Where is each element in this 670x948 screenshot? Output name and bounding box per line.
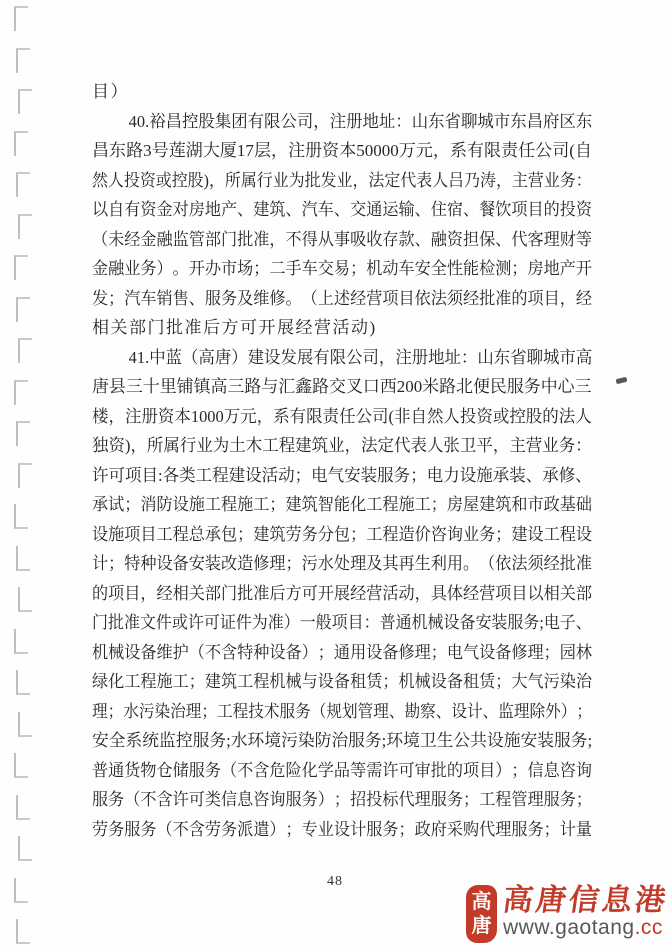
text-line: 门批准文件或许可证件为准）一般项目：普通机械设备安装服务;电子、 <box>92 608 562 638</box>
binding-mark <box>18 587 32 612</box>
binding-mark <box>16 297 30 322</box>
text-line: （未经金融监管部门批准，不得从事吸收存款、融资担保、代客理财等 <box>92 225 566 255</box>
text-line: 金融业务）。开办市场；二手车交易；机动车安全性能检测；房地产开 <box>92 254 566 284</box>
text-line: 40.裕昌控股集团有限公司，注册地址：山东省聊城市东昌府区东 <box>92 107 575 137</box>
watermark-url-tld: .cc <box>635 916 663 939</box>
binding-mark <box>18 89 32 114</box>
text-line: 劳务服务（不含劳务派遣）；专业设计服务；政府采购代理服务；计量 <box>92 815 566 845</box>
text-line: 41.中蓝（高唐）建设发展有限公司，注册地址：山东省聊城市高 <box>92 343 575 373</box>
text-line: 独资)，所属行业为土木工程建筑业，法定代表人张卫平，主营业务： <box>92 431 576 461</box>
text-line: 服务（不含许可类信息咨询服务）；招投标代理服务；工程管理服务； <box>92 785 566 815</box>
scanned-document-page: 目）40.裕昌控股集团有限公司，注册地址：山东省聊城市东昌府区东昌东路3号莲湖大… <box>0 0 670 948</box>
text-line: 然人投资或控股)，所属行业为批发业，法定代表人吕乃涛，主营业务： <box>92 166 561 196</box>
binding-mark <box>18 214 32 239</box>
text-line: 理；水污染治理；工程技术服务（规划管理、勘察、设计、监理除外）； <box>92 697 552 727</box>
text-line: 相关部门批准后方可开展经营活动) <box>92 313 592 343</box>
binding-mark <box>18 463 32 488</box>
binding-mark <box>18 338 32 363</box>
binding-mark <box>16 670 30 695</box>
binding-mark <box>16 48 30 73</box>
binding-mark <box>16 546 30 571</box>
binding-marks <box>0 0 45 948</box>
text-line: 绿化工程施工；建筑工程机械与设备租赁；机械设备租赁；大气污染治 <box>92 667 566 697</box>
seal-char-bottom: 唐 <box>472 914 492 938</box>
binding-mark <box>14 753 28 778</box>
binding-mark <box>16 172 30 197</box>
binding-mark <box>14 6 28 31</box>
watermark-url-main: www.gaotang <box>503 916 635 939</box>
text-line: 普通货物仓储服务（不含危险化学品等需许可审批的项目）；信息咨询 <box>92 756 566 786</box>
text-line: 许可项目:各类工程建设活动；电气安装服务；电力设施承装、承修、 <box>92 461 577 491</box>
site-watermark: 高 唐 高唐信息港 www.gaotang.cc <box>466 883 668 943</box>
binding-mark <box>14 380 28 405</box>
seal-char-top: 高 <box>472 890 492 914</box>
text-line: 昌东路3号莲湖大厦17层，注册资本50000万元，系有限责任公司(自 <box>92 136 592 166</box>
binding-mark <box>18 836 32 861</box>
binding-mark <box>14 255 28 280</box>
binding-mark <box>16 795 30 820</box>
text-line: 楼，注册资本1000万元，系有限责任公司(非自然人投资或控股的法人 <box>92 402 576 432</box>
watermark-text-block: 高唐信息港 www.gaotang.cc <box>503 883 668 939</box>
gaotang-seal: 高 唐 <box>466 885 497 943</box>
binding-mark <box>16 919 30 944</box>
document-text: 目）40.裕昌控股集团有限公司，注册地址：山东省聊城市东昌府区东昌东路3号莲湖大… <box>92 77 592 844</box>
text-line: 唐县三十里铺镇高三路与汇鑫路交叉口西200米路北便民服务中心三 <box>92 372 590 402</box>
binding-mark <box>14 629 28 654</box>
text-line: 的项目，经相关部门批准后方可开展经营活动，具体经营项目以相关部 <box>92 579 566 609</box>
text-line: 机械设备维护（不含特种设备）；通用设备修理；电气设备修理；园林 <box>92 638 566 668</box>
text-line: 以自有资金对房地产、建筑、汽车、交通运输、住宿、餐饮项目的投资 <box>92 195 566 225</box>
text-line: 计；特种设备安装改造修理；污水处理及其再生利用。（依法须经批准 <box>92 549 566 579</box>
binding-mark <box>14 504 28 529</box>
binding-mark <box>14 131 28 156</box>
binding-mark <box>16 421 30 446</box>
binding-mark <box>18 712 32 737</box>
watermark-url: www.gaotang.cc <box>503 917 663 939</box>
text-line: 设施项目工程总承包；建筑劳务分包；工程造价咨询业务；建设工程设 <box>92 520 566 550</box>
text-line: 安全系统监控服务;水环境污染防治服务;环境卫生公共设施安装服务; <box>92 726 585 756</box>
text-line: 承试；消防设施工程施工；建筑智能化工程施工；房屋建筑和市政基础 <box>92 490 566 520</box>
text-line: 目） <box>92 77 592 107</box>
watermark-site-name: 高唐信息港 <box>500 883 670 919</box>
text-line: 发；汽车销售、服务及维修。（上述经营项目依法须经批准的项目，经 <box>92 284 566 314</box>
ink-speck <box>616 377 628 385</box>
